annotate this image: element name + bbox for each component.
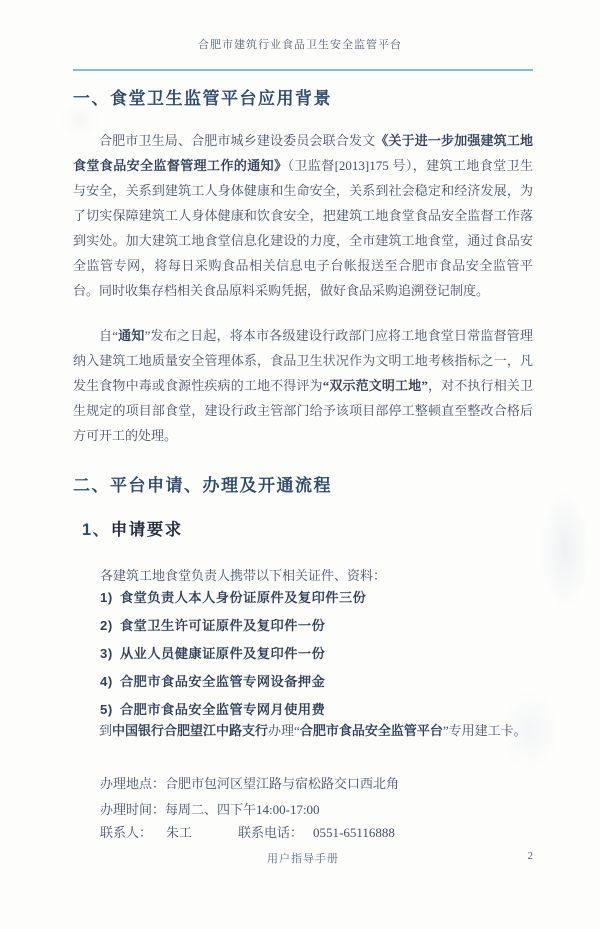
handling-location-line: 办理地点：合肥市包河区望江路与宿松路交口西北角	[100, 771, 533, 796]
page-header-title: 合肥市建筑行业食品卫生安全监管平台	[0, 36, 600, 52]
phone-label: 联系电话：	[238, 825, 303, 840]
contact-line: 联系人：朱工联系电话：0551-65116888	[100, 820, 533, 845]
section-1-heading: 一、食堂卫生监管平台应用背景	[73, 84, 533, 109]
item-text: 合肥市食品安全监管专网月使用费	[120, 702, 325, 717]
paragraph-text: 自“	[99, 328, 118, 343]
requirement-item: 3)从业人员健康证原件及复印件一份	[100, 640, 533, 668]
notice-ref-bold: 通知	[118, 328, 145, 343]
background-paragraph-2: 自“通知”发布之日起，将本市各级建设行政部门应将工地食堂日常监督管理纳入建筑工地…	[73, 323, 533, 448]
item-text: 合肥市食品安全监管专网设备押金	[120, 674, 325, 689]
header-divider	[73, 69, 533, 71]
item-number: 2)	[100, 612, 120, 640]
subsection-title: 申请要求	[111, 521, 183, 539]
requirement-item: 4)合肥市食品安全监管专网设备押金	[100, 668, 533, 696]
contact-label: 联系人：	[100, 825, 152, 840]
requirements-list: 1)食堂负责人本人身份证原件及复印件三份 2)食堂卫生许可证原件及复印件一份 3…	[100, 584, 533, 724]
paragraph-text: 办理“	[268, 723, 300, 738]
paragraph-text: 到	[99, 723, 112, 738]
paragraph-text: ”专用建工卡。	[443, 723, 527, 738]
scan-smudge	[540, 490, 590, 610]
platform-name-bold: 合肥市食品安全监管平台	[300, 723, 443, 738]
handling-time-line: 办理时间：每周二、四下午14:00-17:00	[100, 797, 533, 822]
paragraph-text: （卫监督[2013]175 号），建筑工地食堂卫生与安全，关系到建筑工人身体健康…	[73, 158, 533, 298]
bank-instruction: 到中国银行合肥望江中路支行办理“合肥市食品安全监管平台”专用建工卡。	[73, 718, 533, 743]
footer-label: 用户指导手册	[73, 850, 533, 866]
page-footer: 用户指导手册 2	[73, 850, 533, 866]
item-text: 食堂卫生许可证原件及复印件一份	[120, 618, 325, 633]
model-site-bold: “双示范文明工地”	[323, 378, 428, 393]
background-paragraph-1: 合肥市卫生局、合肥市城乡建设委员会联合发文《关于进一步加强建筑工地食堂食品安全监…	[73, 128, 533, 303]
bank-branch-bold: 中国银行合肥望江中路支行	[112, 723, 268, 738]
contact-name: 朱工	[166, 825, 192, 840]
subsection-number: 1、	[82, 521, 111, 539]
page-number: 2	[528, 850, 534, 862]
item-number: 3)	[100, 640, 120, 668]
paragraph-text: 合肥市卫生局、合肥市城乡建设委员会联合发文	[99, 133, 375, 148]
item-number: 1)	[100, 584, 120, 612]
phone-number: 0551-65116888	[313, 825, 395, 840]
item-text: 从业人员健康证原件及复印件一份	[120, 646, 325, 661]
document-page: 合肥市建筑行业食品卫生安全监管平台 一、食堂卫生监管平台应用背景 合肥市卫生局、…	[0, 0, 600, 929]
requirement-item: 2)食堂卫生许可证原件及复印件一份	[100, 612, 533, 640]
section-2-heading: 二、平台申请、办理及开通流程	[73, 471, 533, 496]
item-text: 食堂负责人本人身份证原件及复印件三份	[120, 590, 366, 605]
requirement-item: 1)食堂负责人本人身份证原件及复印件三份	[100, 584, 533, 612]
item-number: 4)	[100, 668, 120, 696]
subsection-heading: 1、申请要求	[82, 516, 183, 540]
